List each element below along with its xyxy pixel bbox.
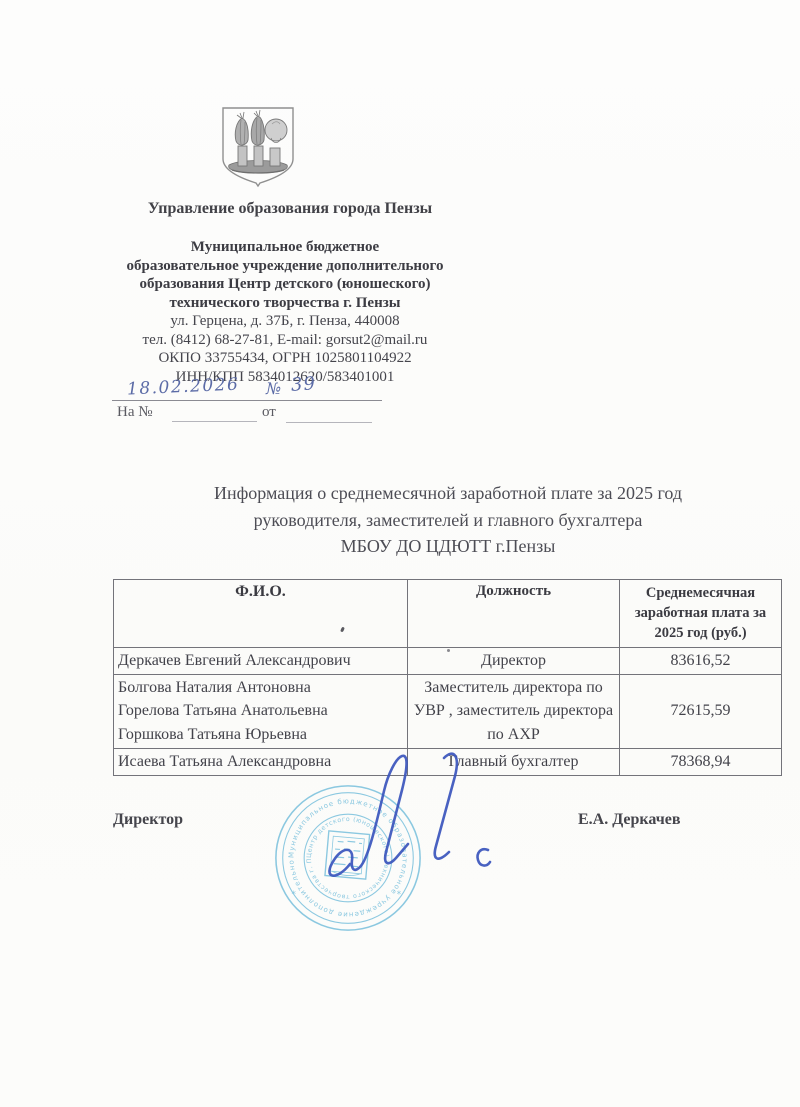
cell-fio: Болгова Наталия Антоновна Горелова Татья… <box>114 674 408 748</box>
org-name-line: Муниципальное бюджетное <box>85 238 485 257</box>
cell-salary: 72615,59 <box>620 674 782 748</box>
cell-position: Заместитель директора по УВР , заместите… <box>408 674 620 748</box>
reference-na-label: На № <box>117 404 153 421</box>
signer-position-label: Директор <box>113 811 183 829</box>
column-header-position: Должность <box>408 580 620 648</box>
cell-position: Директор <box>408 648 620 675</box>
department-name: Управление образования города Пензы <box>95 200 485 218</box>
fio-line: Болгова Наталия Антоновна <box>118 676 403 700</box>
number-sign: № <box>266 379 281 398</box>
scanned-document-page: Управление образования города Пензы Муни… <box>0 0 800 1107</box>
fio-line: Горелова Татьяна Анатольевна <box>118 699 403 723</box>
organization-details: Муниципальное бюджетное образовательное … <box>85 238 485 386</box>
table-header-row: Ф.И.О. Должность Среднемесячная заработн… <box>114 580 782 648</box>
title-line-3: МБОУ ДО ЦДЮТТ г.Пензы <box>96 533 800 560</box>
sheaf-right <box>265 119 287 166</box>
signer-name: Е.А. Деркачев <box>578 811 681 829</box>
coat-of-arms-icon <box>214 104 302 188</box>
sheaf-middle <box>251 110 264 166</box>
org-okpo-ogrn: ОКПО 33755434, ОГРН 1025801104922 <box>85 349 485 368</box>
title-line-1: Информация о среднемесячной заработной п… <box>96 480 800 507</box>
org-name-line: технического творчества г. Пензы <box>85 294 485 313</box>
reference-number-blank <box>172 403 257 422</box>
org-address: ул. Герцена, д. 37Б, г. Пенза, 440008 <box>85 312 485 331</box>
reference-ot-label: от <box>262 404 276 421</box>
fio-line: Горшкова Татьяна Юрьевна <box>118 723 403 747</box>
scan-speck <box>447 649 450 652</box>
handwritten-number: 39 <box>290 373 316 396</box>
org-name-line: образования Центр детского (юношеского) <box>85 275 485 294</box>
cell-salary: 78368,94 <box>620 748 782 775</box>
title-line-2: руководителя, заместителей и главного бу… <box>96 507 800 534</box>
org-phone-email: тел. (8412) 68-27-81, E-mail: gorsut2@ma… <box>85 331 485 350</box>
column-header-fio: Ф.И.О. <box>114 580 408 648</box>
org-name-line: образовательное учреждение дополнительно… <box>85 257 485 276</box>
cell-fio: Деркачев Евгений Александрович <box>114 648 408 675</box>
table-row: Болгова Наталия Антоновна Горелова Татья… <box>114 674 782 748</box>
sheaf-left <box>235 112 248 166</box>
column-header-salary: Среднемесячная заработная плата за 2025 … <box>620 580 782 648</box>
cell-salary: 83616,52 <box>620 648 782 675</box>
reference-date-blank <box>286 404 372 423</box>
signature-ink <box>292 746 507 896</box>
document-title: Информация о среднемесячной заработной п… <box>96 480 800 560</box>
